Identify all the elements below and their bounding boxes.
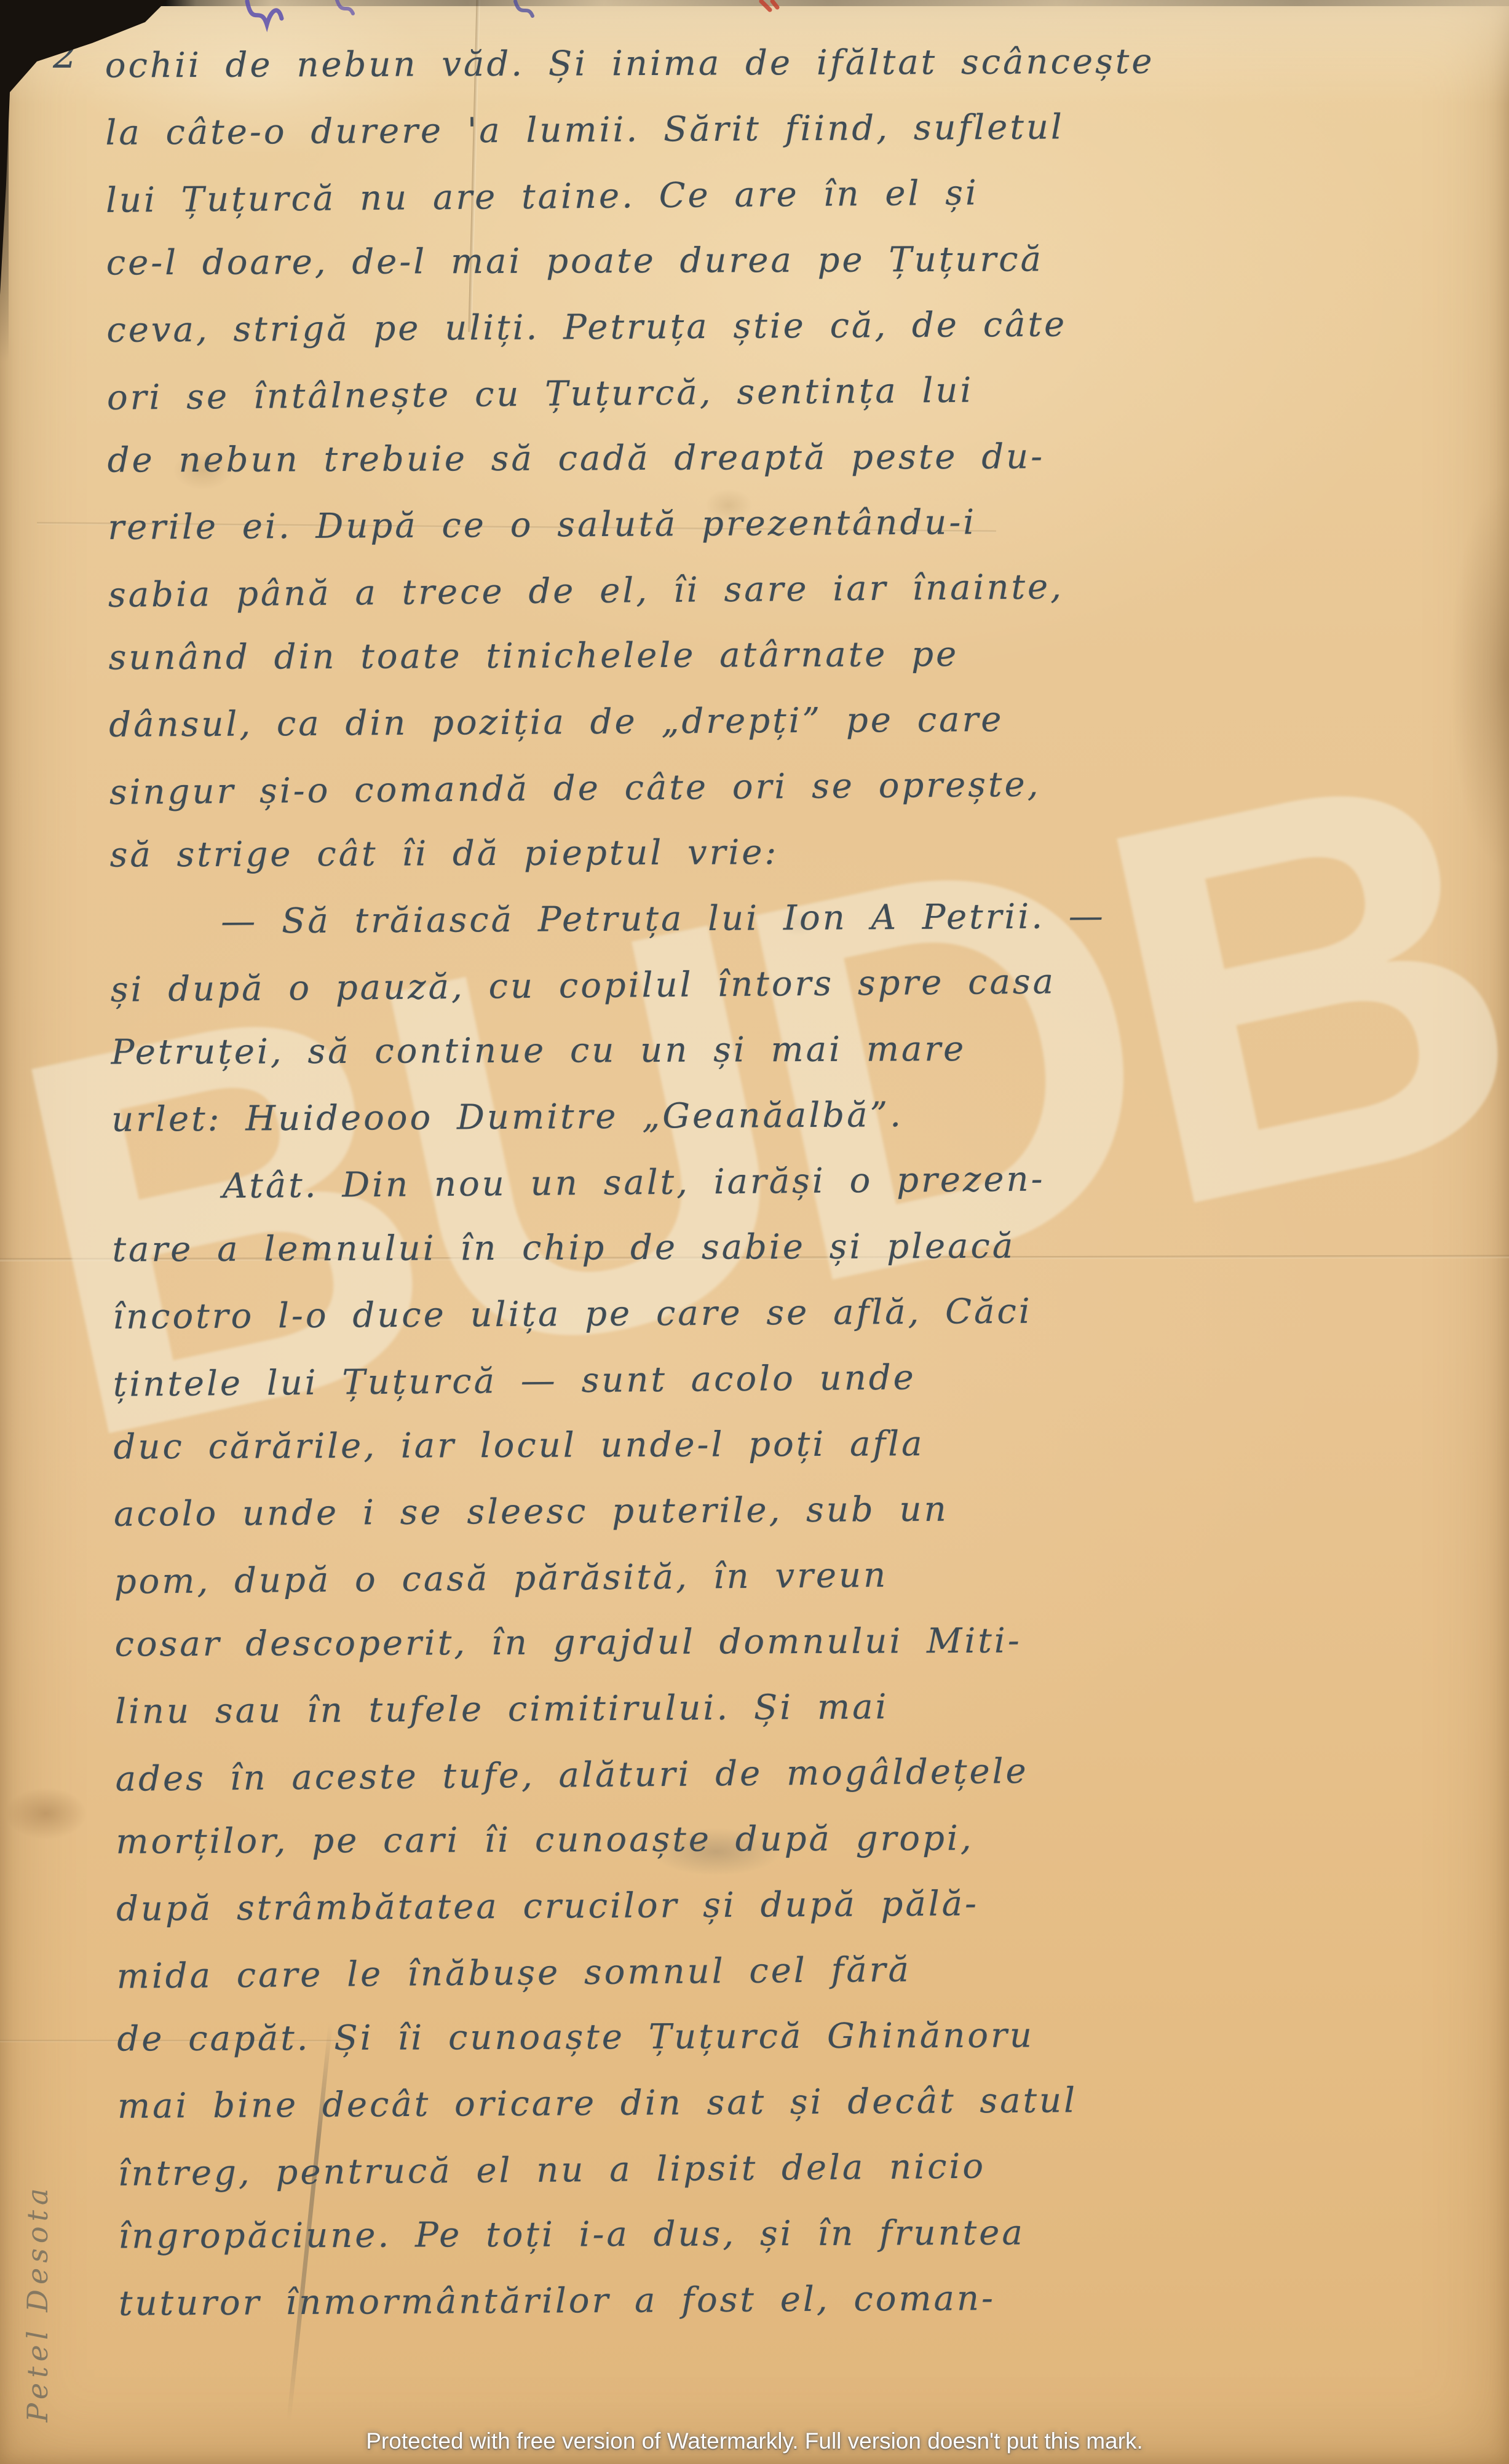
manuscript-line: sabia până a trece de el, îi sare iar în…: [108, 563, 1492, 641]
manuscript-line: mai bine decât oricare din sat și decât …: [117, 2078, 1502, 2152]
manuscript-line: pom, după o casă părăsită, în vreun: [114, 1550, 1498, 1628]
manuscript-line: sunând din toate tinichelele atârnate pe: [109, 633, 1492, 704]
manuscript-line: Atât. Din nou un salt, iarăși o prezen-: [112, 1155, 1496, 1233]
manuscript-line: de nebun trebuie să cadă dreaptă peste d…: [108, 435, 1491, 507]
manuscript-line: — Să trăiască Petruța lui Ion A Petrii. …: [110, 894, 1494, 968]
manuscript-line: să strige cât îi dă pieptul vrie:: [110, 829, 1494, 901]
manuscript-line: lui Țuțurcă nu are taine. Ce are în el ș…: [106, 168, 1490, 247]
manuscript-line: Petruței, să continue cu un și mai mare: [111, 1027, 1494, 1098]
manuscript-line: tare a lemnului în chip de sabie și plea…: [112, 1224, 1495, 1295]
manuscript-line: mida care le înăbușe somnul cel fără: [116, 1945, 1500, 2023]
manuscript-line: ce-l doare, de-l mai poate durea pe Țuțu…: [106, 238, 1490, 309]
manuscript-line: ades în aceste tufe, alături de mogâldeț…: [115, 1747, 1499, 1825]
manuscript-line: morților, pe cari îi cunoaște după gropi…: [116, 1816, 1499, 1887]
manuscript-line: ochii de nebun văd. Și inima de ifăltat …: [105, 41, 1489, 112]
manuscript-line: dânsul, ca din poziția de „drepți” pe ca…: [109, 697, 1493, 771]
manuscript-line: duc cărările, iar locul unde-l poți afla: [113, 1421, 1497, 1493]
manuscript-line: acolo unde i se sleesc puterile, sub un: [114, 1486, 1498, 1560]
manuscript-line: urlet: Huideooo Dumitre „Geanăalbă”.: [111, 1091, 1495, 1166]
manuscript-line: rerile ei. După ce o salută prezentându-…: [108, 499, 1492, 574]
manuscript-line: ori se întâlnește cu Țuțurcă, sentința l…: [107, 366, 1491, 444]
scanned-manuscript-page: BUDB 2 ochii de nebun văd. Și inima de i…: [0, 0, 1509, 2464]
margin-pencil-note: Petel Desota: [21, 2041, 54, 2422]
manuscript-line: tuturor înmormântărilor a fost el, coman…: [119, 2275, 1503, 2350]
manuscript-line: țintele lui Țuțurcă — sunt acolo unde: [113, 1352, 1497, 1431]
manuscript-line: de capăt. Și îi cunoaște Țuțurcă Ghinăno…: [117, 2013, 1500, 2085]
manuscript-line: și după o pauză, cu copilul întors spre …: [111, 958, 1495, 1036]
watermarkly-notice: Protected with free version of Watermark…: [0, 2428, 1509, 2454]
manuscript-line: îngropăciune. Pe toți i-a dus, și în fru…: [118, 2211, 1502, 2282]
manuscript-line: după strâmbătatea crucilor și după pălă-: [116, 1881, 1500, 1955]
manuscript-line: la câte-o durere 'a lumii. Sărit fiind, …: [105, 105, 1489, 179]
manuscript-line: singur și-o comandă de câte ori se opreș…: [109, 760, 1494, 839]
manuscript-text: ochii de nebun văd. Și inima de ifăltat …: [105, 39, 1503, 2350]
scan-top-edge: [0, 0, 1509, 6]
manuscript-line: încotro l-o duce ulița pe care se află, …: [113, 1289, 1497, 1363]
manuscript-line: linu sau în tufele cimitirului. Și mai: [115, 1683, 1499, 1758]
manuscript-line: cosar descoperit, în grajdul domnului Mi…: [114, 1619, 1498, 1690]
manuscript-line: ceva, strigă pe uliți. Petruța știe că, …: [106, 302, 1491, 376]
manuscript-line: întreg, pentrucă el nu a lipsit dela nic…: [117, 2142, 1502, 2220]
